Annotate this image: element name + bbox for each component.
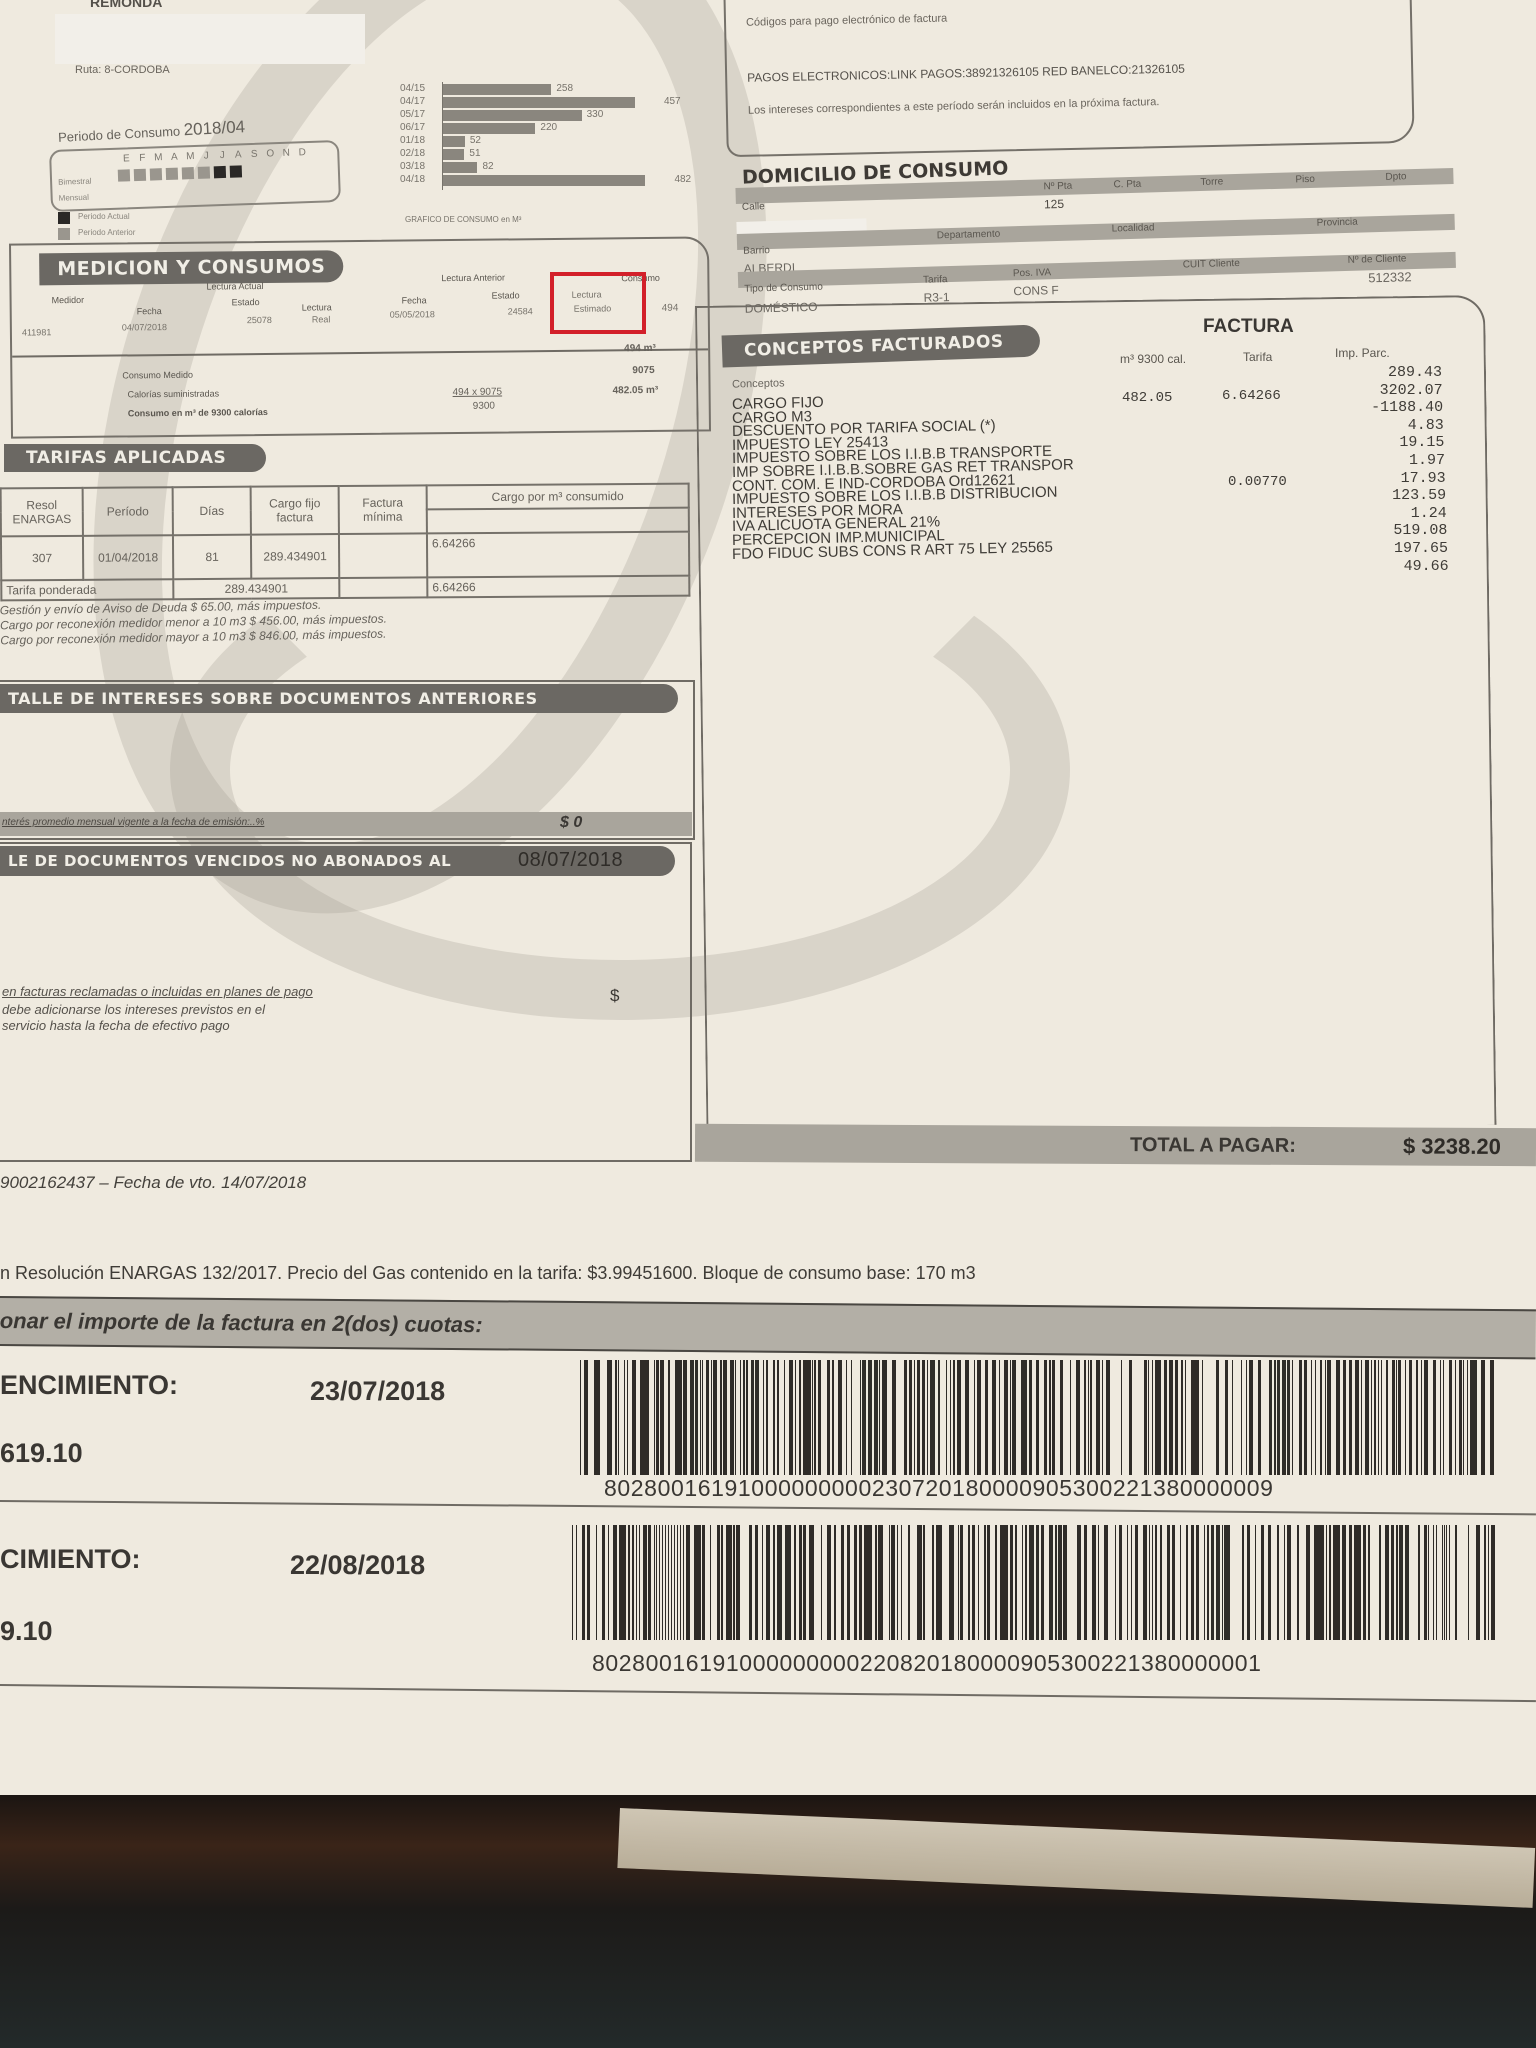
importe-item: -1188.40 (1323, 399, 1443, 416)
chart-value-label: 51 (469, 148, 480, 159)
cuota2-date: 22/08/2018 (290, 1550, 425, 1581)
chart-category-label: 04/15 (400, 83, 425, 94)
tarifas-notes: Gestión y envío de Aviso de Deuda $ 65.0… (0, 597, 387, 649)
tarifa-row: 307 01/04/2018 81 289.434901 6.64266 (1, 532, 689, 581)
vencidos-date: 08/07/2018 (518, 849, 623, 872)
chart-value-label: 258 (556, 83, 573, 94)
month-cell (150, 168, 162, 180)
consumo-medido: 494 m³ (624, 343, 656, 354)
cuota1-barcode (580, 1360, 1504, 1480)
intereses-title: TALLE DE INTERESES SOBRE DOCUMENTOS ANTE… (0, 684, 678, 713)
cuota2-barcode (570, 1525, 1502, 1645)
month-cell (134, 169, 146, 181)
route-label: Ruta: 8-CORDOBA (75, 64, 170, 76)
months-row: EFMAMJJASOND (121, 147, 307, 164)
vencidos-note-link: en facturas reclamadas o incluidas en pl… (2, 984, 313, 999)
month-cell (118, 169, 130, 181)
cargo-m3-tarifa: 6.64266 (1222, 388, 1281, 404)
consumo-value: 494 (662, 303, 679, 314)
chart-category-label: 04/18 (400, 174, 425, 185)
consumption-chart: 04/1525804/1745705/1733006/1722001/18520… (400, 82, 720, 202)
chart-category-label: 01/18 (400, 135, 425, 146)
intereses-total: $ 0 (560, 814, 582, 832)
pos-iva: CONS F (1013, 283, 1059, 298)
importe-item: 19.15 (1324, 434, 1444, 451)
month-label: J (201, 150, 211, 161)
redacted-block (55, 14, 365, 64)
medicion-title: MEDICION Y CONSUMOS (39, 250, 343, 285)
medicion-box: MEDICION Y CONSUMOS Medidor Lectura Actu… (9, 236, 711, 438)
month-label: A (233, 149, 243, 160)
month-cell (166, 168, 178, 180)
cuotas-header: onar el importe de la factura en 2(dos) … (0, 1296, 1536, 1359)
col-m3: m³ 9300 cal. (1120, 352, 1186, 366)
chart-bar (443, 175, 645, 186)
cargo-m3-volume: 482.05 (1122, 390, 1172, 406)
payment-codes: PAGOS ELECTRONICOS:LINK PAGOS:3892132610… (747, 62, 1185, 85)
vencidos-title: LE DE DOCUMENTOS VENCIDOS NO ABONADOS AL… (0, 846, 675, 876)
intereses-footer: nterés promedio mensual vigente a la fec… (0, 812, 692, 836)
row-label-bimestral: Bimestral (58, 177, 92, 187)
month-label: E (121, 153, 131, 164)
month-cell (182, 167, 194, 179)
tarifas-table: Resol ENARGAS Período Días Cargo fijo fa… (0, 483, 690, 602)
importe-item: 49.66 (1329, 558, 1449, 575)
month-label: J (217, 150, 227, 161)
vencidos-box: LE DE DOCUMENTOS VENCIDOS NO ABONADOS AL… (0, 842, 692, 1162)
factura-title: FACTURA (1203, 316, 1294, 338)
cuota1-amount: 619.10 (0, 1438, 83, 1469)
importe-item: 197.65 (1328, 540, 1448, 557)
month-label: S (249, 149, 259, 160)
vencidos-amount: $ (610, 986, 619, 1006)
chart-category-label: 05/17 (400, 109, 425, 120)
importe-item: 4.83 (1324, 417, 1444, 434)
month-label: F (137, 153, 147, 164)
chart-bar (443, 110, 582, 121)
chart-title: GRAFICO DE CONSUMO en M³ (405, 215, 521, 224)
chart-bar (443, 84, 551, 95)
total-label: TOTAL A PAGAR: (1130, 1134, 1296, 1158)
chart-bar (443, 162, 477, 173)
period-box: EFMAMJJASOND Bimestral Mensual (49, 140, 341, 212)
estado-anterior: 24584 (508, 306, 533, 316)
cuota2-label: CIMIENTO: (0, 1544, 141, 1575)
importe-item: 519.08 (1327, 522, 1447, 539)
highlight-estimated-reading (550, 272, 646, 334)
row-label-mensual: Mensual (59, 193, 90, 203)
chart-value-label: 330 (587, 109, 604, 120)
col-tarifa: Tarifa (1243, 350, 1272, 364)
nro-cliente: 512332 (1368, 269, 1412, 285)
importe-item: 123.59 (1326, 487, 1446, 504)
chart-value-label: 482 (674, 174, 691, 185)
intereses-box: TALLE DE INTERESES SOBRE DOCUMENTOS ANTE… (0, 680, 695, 840)
tipo-lectura-actual: Real (312, 314, 331, 324)
importe-item: 1.97 (1325, 452, 1445, 469)
medidor-number: 411981 (22, 327, 51, 337)
chart-bar (443, 123, 535, 134)
month-cell (214, 166, 226, 178)
chart-value-label: 52 (470, 135, 481, 146)
month-label: O (265, 148, 275, 159)
legend-actual-label: Periodo Actual (78, 212, 130, 221)
month-cell (230, 165, 242, 177)
nro-puerta: 125 (1044, 197, 1064, 212)
month-label: M (185, 151, 195, 162)
fecha-anterior: 05/05/2018 (390, 309, 435, 319)
divider (0, 1684, 1536, 1702)
fecha-actual: 04/07/2018 (122, 322, 167, 332)
chart-category-label: 03/18 (400, 161, 425, 172)
month-cell (198, 166, 210, 178)
iibb-tarifa: 0.00770 (1228, 474, 1287, 490)
cuota1-label: ENCIMIENTO: (0, 1370, 178, 1401)
cuota2-barcode-number: 8028001619100000000022082018000090530022… (592, 1650, 1262, 1677)
chart-bar (443, 97, 635, 108)
importe-item: 3202.07 (1323, 382, 1443, 399)
month-label: D (297, 147, 307, 158)
chart-category-label: 02/18 (400, 148, 425, 159)
chart-value-label: 220 (540, 122, 557, 133)
legend-anterior-swatch (58, 228, 70, 240)
legend-actual-swatch (58, 212, 70, 224)
vto-line: 9002162437 – Fecha de vto. 14/07/2018 (0, 1173, 306, 1193)
importe-item: 17.93 (1326, 470, 1446, 487)
resolucion-line: n Resolución ENARGAS 132/2017. Precio de… (0, 1263, 976, 1284)
tarifas-title: TARIFAS APLICADAS (4, 444, 266, 472)
chart-value-label: 457 (664, 96, 681, 107)
legend-anterior-label: Periodo Anterior (78, 228, 135, 237)
electronic-payment-box: Códigos para pago electrónico de factura… (723, 0, 1414, 157)
invoice-paper: REMONDA Ruta: 8-CORDOBA Periodo de Consu… (0, 0, 1536, 1800)
month-label: A (169, 152, 179, 163)
importe-item: 1.24 (1327, 505, 1447, 522)
divider (0, 1500, 1536, 1515)
cuotas-title: onar el importe de la factura en 2(dos) … (0, 1308, 483, 1338)
cuota1-barcode-number: 8028001619100000000023072018000090530022… (604, 1475, 1274, 1502)
chart-bar (443, 149, 464, 160)
formula-denominator: 9300 (473, 401, 495, 412)
chart-value-label: 82 (482, 161, 493, 172)
chart-bar (443, 136, 465, 147)
calorias-value: 9075 (632, 365, 654, 376)
importe-item: 289.43 (1322, 364, 1442, 381)
payment-codes-title: Códigos para pago electrónico de factura (746, 13, 947, 29)
formula-numerator: 494 x 9075 (453, 387, 503, 399)
period-value: 2018/04 (183, 117, 245, 139)
month-label: M (153, 152, 163, 163)
month-label: N (281, 148, 291, 159)
consumo-9300: 482.05 m³ (613, 385, 659, 396)
total-bar: TOTAL A PAGAR: $ 3238.20 (695, 1124, 1536, 1166)
cuota2-amount: 9.10 (0, 1616, 53, 1647)
total-amount: $ 3238.20 (1403, 1134, 1501, 1161)
month-cells (118, 165, 242, 181)
col-imp-parc: Imp. Parc. (1335, 346, 1390, 360)
estado-actual: 25078 (247, 315, 272, 325)
payment-note: Los intereses correspondientes a este pe… (748, 96, 1160, 117)
cuota1-date: 23/07/2018 (310, 1376, 445, 1407)
chart-category-label: 06/17 (400, 122, 425, 133)
chart-category-label: 04/17 (400, 96, 425, 107)
col-conceptos: Conceptos (732, 377, 785, 390)
company-name: REMONDA (90, 0, 162, 10)
